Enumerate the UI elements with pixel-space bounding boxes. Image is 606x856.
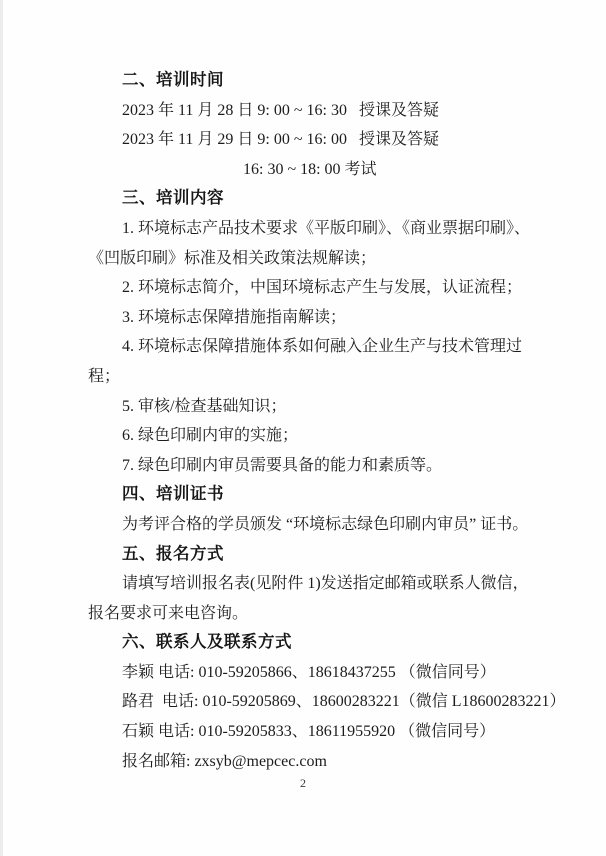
registration-text: 请填写培训报名表(见附件 1)发送指定邮箱或联系人微信， [88,569,566,599]
exam-time-line: 16: 30 ~ 18: 00 考试 [88,155,566,185]
contact-lu-jun: 路君 电话: 010-59205869、18600283221（微信 L1860… [88,687,566,717]
document-page: 二、培训时间 2023 年 11 月 28 日 9: 00 ~ 16: 30 授… [0,0,606,856]
section-heading-certificate: 四、培训证书 [88,480,566,510]
page-number: 2 [0,776,606,791]
content-item-1: 1. 环境标志产品技术要求《平版印刷》、《商业票据印刷》、 [88,214,566,244]
content-item-1-cont: 《凹版印刷》标准及相关政策法规解读； [88,244,566,274]
certificate-text: 为考评合格的学员颁发 “环境标志绿色印刷内审员” 证书。 [88,510,566,540]
content-item-6: 6. 绿色印刷内审的实施； [88,421,566,451]
contact-shi-ying: 石颖 电话: 010-59205833、18611955920 （微信同号） [88,717,566,747]
training-date-line-1: 2023 年 11 月 28 日 9: 00 ~ 16: 30 授课及答疑 [88,96,566,126]
content-item-2: 2. 环境标志简介，中国环境标志产生与发展，认证流程； [88,273,566,303]
section-heading-training-time: 二、培训时间 [88,66,566,96]
section-heading-training-content: 三、培训内容 [88,184,566,214]
contact-li-ying: 李颖 电话: 010-59205866、18618437255 （微信同号） [88,658,566,688]
registration-email: 报名邮箱: zxsyb@mepcec.com [88,747,566,777]
section-heading-registration: 五、报名方式 [88,540,566,570]
section-heading-contacts: 六、联系人及联系方式 [88,628,566,658]
scan-edge [0,0,3,856]
document-content: 二、培训时间 2023 年 11 月 28 日 9: 00 ~ 16: 30 授… [88,66,566,776]
content-item-5: 5. 审核/检查基础知识； [88,392,566,422]
content-item-4-cont: 程； [88,362,566,392]
training-date-line-2: 2023 年 11 月 29 日 9: 00 ~ 16: 00 授课及答疑 [88,125,566,155]
content-item-4: 4. 环境标志保障措施体系如何融入企业生产与技术管理过 [88,332,566,362]
registration-text-cont: 报名要求可来电咨询。 [88,599,566,629]
content-item-7: 7. 绿色印刷内审员需要具备的能力和素质等。 [88,451,566,481]
content-item-3: 3. 环境标志保障措施指南解读； [88,303,566,333]
